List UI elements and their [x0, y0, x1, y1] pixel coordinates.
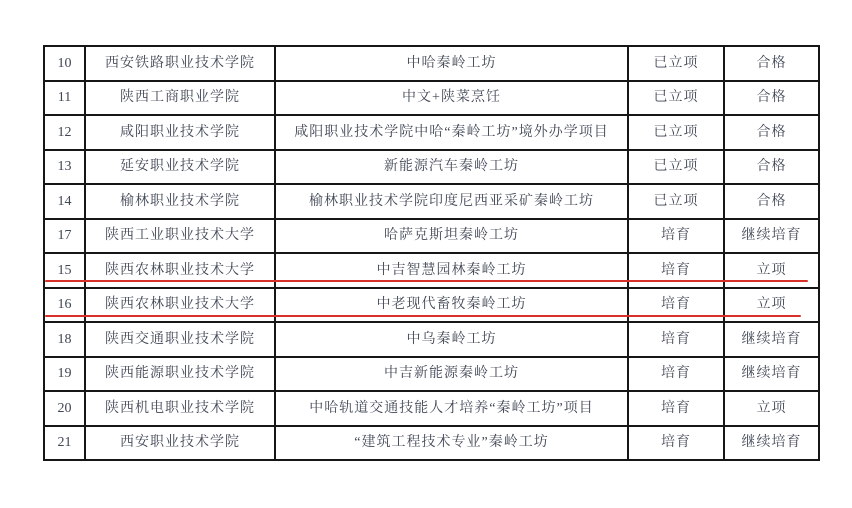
status-cell: 培育 [628, 253, 724, 288]
table-row: 15陕西农林职业技术大学中吉智慧园林秦岭工坊培育立项 [44, 253, 819, 288]
row-number-cell: 14 [44, 184, 85, 219]
result-cell: 合格 [724, 46, 819, 81]
status-cell: 已立项 [628, 150, 724, 185]
school-name-cell: 陕西交通职业技术学院 [85, 322, 275, 357]
red-underline-annotation [45, 280, 808, 282]
result-cell: 合格 [724, 150, 819, 185]
row-number-cell: 17 [44, 219, 85, 254]
project-name-cell: 哈萨克斯坦秦岭工坊 [275, 219, 628, 254]
project-name-cell: 榆林职业技术学院印度尼西亚采矿秦岭工坊 [275, 184, 628, 219]
table-body: 10西安铁路职业技术学院中哈秦岭工坊已立项合格11陕西工商职业学院中文+陕菜烹饪… [44, 46, 819, 460]
school-name-cell: 咸阳职业技术学院 [85, 115, 275, 150]
status-cell: 培育 [628, 391, 724, 426]
row-number-cell: 12 [44, 115, 85, 150]
project-name-cell: 咸阳职业技术学院中哈“秦岭工坊”境外办学项目 [275, 115, 628, 150]
result-cell: 合格 [724, 81, 819, 116]
table-row: 11陕西工商职业学院中文+陕菜烹饪已立项合格 [44, 81, 819, 116]
school-name-cell: 陕西机电职业技术学院 [85, 391, 275, 426]
school-name-cell: 陕西工商职业学院 [85, 81, 275, 116]
result-cell: 立项 [724, 391, 819, 426]
row-number-cell: 15 [44, 253, 85, 288]
row-number-cell: 10 [44, 46, 85, 81]
project-name-cell: 中哈轨道交通技能人才培养“秦岭工坊”项目 [275, 391, 628, 426]
table-row: 13延安职业技术学院新能源汽车秦岭工坊已立项合格 [44, 150, 819, 185]
project-name-cell: 中哈秦岭工坊 [275, 46, 628, 81]
table-row: 17陕西工业职业技术大学哈萨克斯坦秦岭工坊培育继续培育 [44, 219, 819, 254]
result-cell: 立项 [724, 253, 819, 288]
project-name-cell: 中文+陕菜烹饪 [275, 81, 628, 116]
school-name-cell: 陕西工业职业技术大学 [85, 219, 275, 254]
table-row: 18陕西交通职业技术学院中乌秦岭工坊培育继续培育 [44, 322, 819, 357]
row-number-cell: 19 [44, 357, 85, 392]
table-row: 12咸阳职业技术学院咸阳职业技术学院中哈“秦岭工坊”境外办学项目已立项合格 [44, 115, 819, 150]
table-row: 19陕西能源职业技术学院中吉新能源秦岭工坊培育继续培育 [44, 357, 819, 392]
school-name-cell: 延安职业技术学院 [85, 150, 275, 185]
row-number-cell: 18 [44, 322, 85, 357]
school-name-cell: 西安铁路职业技术学院 [85, 46, 275, 81]
result-cell: 继续培育 [724, 219, 819, 254]
status-cell: 培育 [628, 219, 724, 254]
project-name-cell: “建筑工程技术专业”秦岭工坊 [275, 426, 628, 461]
row-number-cell: 20 [44, 391, 85, 426]
result-cell: 继续培育 [724, 426, 819, 461]
result-cell: 合格 [724, 184, 819, 219]
table-row: 10西安铁路职业技术学院中哈秦岭工坊已立项合格 [44, 46, 819, 81]
document-page: 10西安铁路职业技术学院中哈秦岭工坊已立项合格11陕西工商职业学院中文+陕菜烹饪… [0, 0, 852, 508]
project-name-cell: 中吉智慧园林秦岭工坊 [275, 253, 628, 288]
result-cell: 继续培育 [724, 322, 819, 357]
result-cell: 合格 [724, 115, 819, 150]
school-name-cell: 陕西能源职业技术学院 [85, 357, 275, 392]
project-name-cell: 中乌秦岭工坊 [275, 322, 628, 357]
school-name-cell: 榆林职业技术学院 [85, 184, 275, 219]
table-row: 14榆林职业技术学院榆林职业技术学院印度尼西亚采矿秦岭工坊已立项合格 [44, 184, 819, 219]
status-cell: 已立项 [628, 184, 724, 219]
project-name-cell: 新能源汽车秦岭工坊 [275, 150, 628, 185]
table-row: 21西安职业技术学院“建筑工程技术专业”秦岭工坊培育继续培育 [44, 426, 819, 461]
result-cell: 继续培育 [724, 357, 819, 392]
status-cell: 培育 [628, 426, 724, 461]
status-cell: 已立项 [628, 115, 724, 150]
school-name-cell: 西安职业技术学院 [85, 426, 275, 461]
row-number-cell: 11 [44, 81, 85, 116]
row-number-cell: 21 [44, 426, 85, 461]
status-cell: 培育 [628, 322, 724, 357]
status-cell: 已立项 [628, 46, 724, 81]
status-cell: 已立项 [628, 81, 724, 116]
project-name-cell: 中吉新能源秦岭工坊 [275, 357, 628, 392]
status-cell: 培育 [628, 357, 724, 392]
table-row: 20陕西机电职业技术学院中哈轨道交通技能人才培养“秦岭工坊”项目培育立项 [44, 391, 819, 426]
row-number-cell: 13 [44, 150, 85, 185]
school-name-cell: 陕西农林职业技术大学 [85, 253, 275, 288]
workshop-evaluation-table: 10西安铁路职业技术学院中哈秦岭工坊已立项合格11陕西工商职业学院中文+陕菜烹饪… [43, 45, 820, 461]
red-underline-annotation [45, 315, 801, 317]
